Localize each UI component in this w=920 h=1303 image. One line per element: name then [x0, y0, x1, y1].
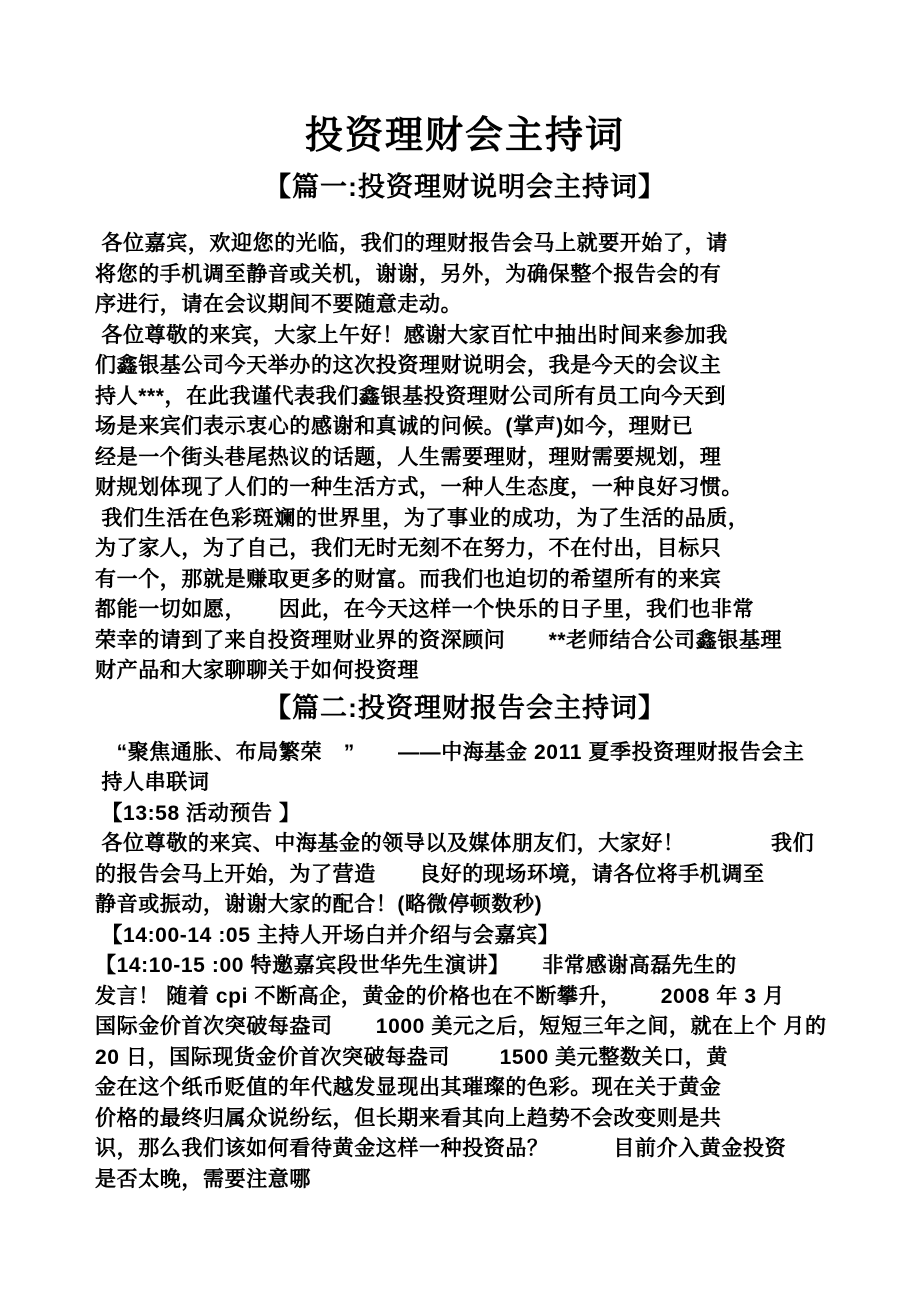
text-line: 经是一个街头巷尾热议的话题，人生需要理财，理财需要规划，理	[95, 443, 835, 474]
document-page: 投资理财会主持词 【篇一:投资理财说明会主持词】 各位嘉宾，欢迎您的光临，我们的…	[0, 0, 920, 1303]
text-line: “聚焦通胀、布局繁荣 ” ——中海基金 2011 夏季投资理财报告会主	[95, 738, 835, 769]
text-line: 国际金价首次突破每盎司 1000 美元之后，短短三年之间，就在上个 月的	[95, 1012, 835, 1043]
section1-heading: 【篇一:投资理财说明会主持词】	[95, 170, 835, 205]
text-line: 财产品和大家聊聊关于如何投资理	[95, 656, 835, 687]
text-line: 各位嘉宾，欢迎您的光临，我们的理财报告会马上就要开始了，请	[95, 229, 835, 260]
text-line: 20 日，国际现货金价首次突破每盎司 1500 美元整数关口，黄	[95, 1043, 835, 1074]
text-line: 场是来宾们表示衷心的感谢和真诚的问候。(掌声)如今，理财已	[95, 412, 835, 443]
text-line: 发言！ 随着 cpi 不断高企，黄金的价格也在不断攀升， 2008 年 3 月	[95, 982, 835, 1013]
text-line: 金在这个纸币贬值的年代越发显现出其璀璨的色彩。现在关于黄金	[95, 1073, 835, 1104]
text-line: 的报告会马上开始，为了营造 良好的现场环境，请各位将手机调至	[95, 860, 835, 891]
text-line: 持人***，在此我谨代表我们鑫银基投资理财公司所有员工向今天到	[95, 382, 835, 413]
text-line: 价格的最终归属众说纷纭，但长期来看其向上趋势不会改变则是共	[95, 1104, 835, 1135]
text-line: 有一个，那就是赚取更多的财富。而我们也迫切的希望所有的来宾	[95, 565, 835, 596]
section1-body: 各位嘉宾，欢迎您的光临，我们的理财报告会马上就要开始了，请将您的手机调至静音或关…	[95, 229, 835, 687]
text-line: 财规划体现了人们的一种生活方式，一种人生态度，一种良好习惯。	[95, 473, 835, 504]
text-line: 识，那么我们该如何看待黄金这样一种投资品？ 目前介入黄金投资	[95, 1134, 835, 1165]
text-line: 各位尊敬的来宾、中海基金的领导以及媒体朋友们，大家好！ 我们	[95, 829, 835, 860]
text-line: 静音或振动，谢谢大家的配合！(略微停顿数秒)	[95, 890, 835, 921]
text-line: 是否太晚，需要注意哪	[95, 1165, 835, 1196]
text-line: 持人串联词	[95, 768, 835, 799]
text-line: 【13:58 活动预告 】	[95, 799, 835, 830]
text-line: 将您的手机调至静音或关机，谢谢，另外，为确保整个报告会的有	[95, 260, 835, 291]
text-line: 我们生活在色彩斑斓的世界里，为了事业的成功，为了生活的品质，	[95, 504, 835, 535]
section2-heading: 【篇二:投资理财报告会主持词】	[95, 691, 835, 726]
text-line: 们鑫银基公司今天举办的这次投资理财说明会，我是今天的会议主	[95, 351, 835, 382]
text-line: 为了家人，为了自己，我们无时无刻不在努力，不在付出，目标只	[95, 534, 835, 565]
text-line: 【14:00-14 :05 主持人开场白并介绍与会嘉宾】	[95, 921, 835, 952]
document-title: 投资理财会主持词	[95, 112, 835, 160]
text-line: 荣幸的请到了来自投资理财业界的资深顾问 **老师结合公司鑫银基理	[95, 626, 835, 657]
text-line: 【14:10-15 :00 特邀嘉宾段世华先生演讲】 非常感谢高磊先生的	[95, 951, 835, 982]
section2-body: “聚焦通胀、布局繁荣 ” ——中海基金 2011 夏季投资理财报告会主 持人串联…	[95, 738, 835, 1196]
text-line: 序进行，请在会议期间不要随意走动。	[95, 290, 835, 321]
text-line: 各位尊敬的来宾，大家上午好！感谢大家百忙中抽出时间来参加我	[95, 321, 835, 352]
text-line: 都能一切如愿， 因此，在今天这样一个快乐的日子里，我们也非常	[95, 595, 835, 626]
